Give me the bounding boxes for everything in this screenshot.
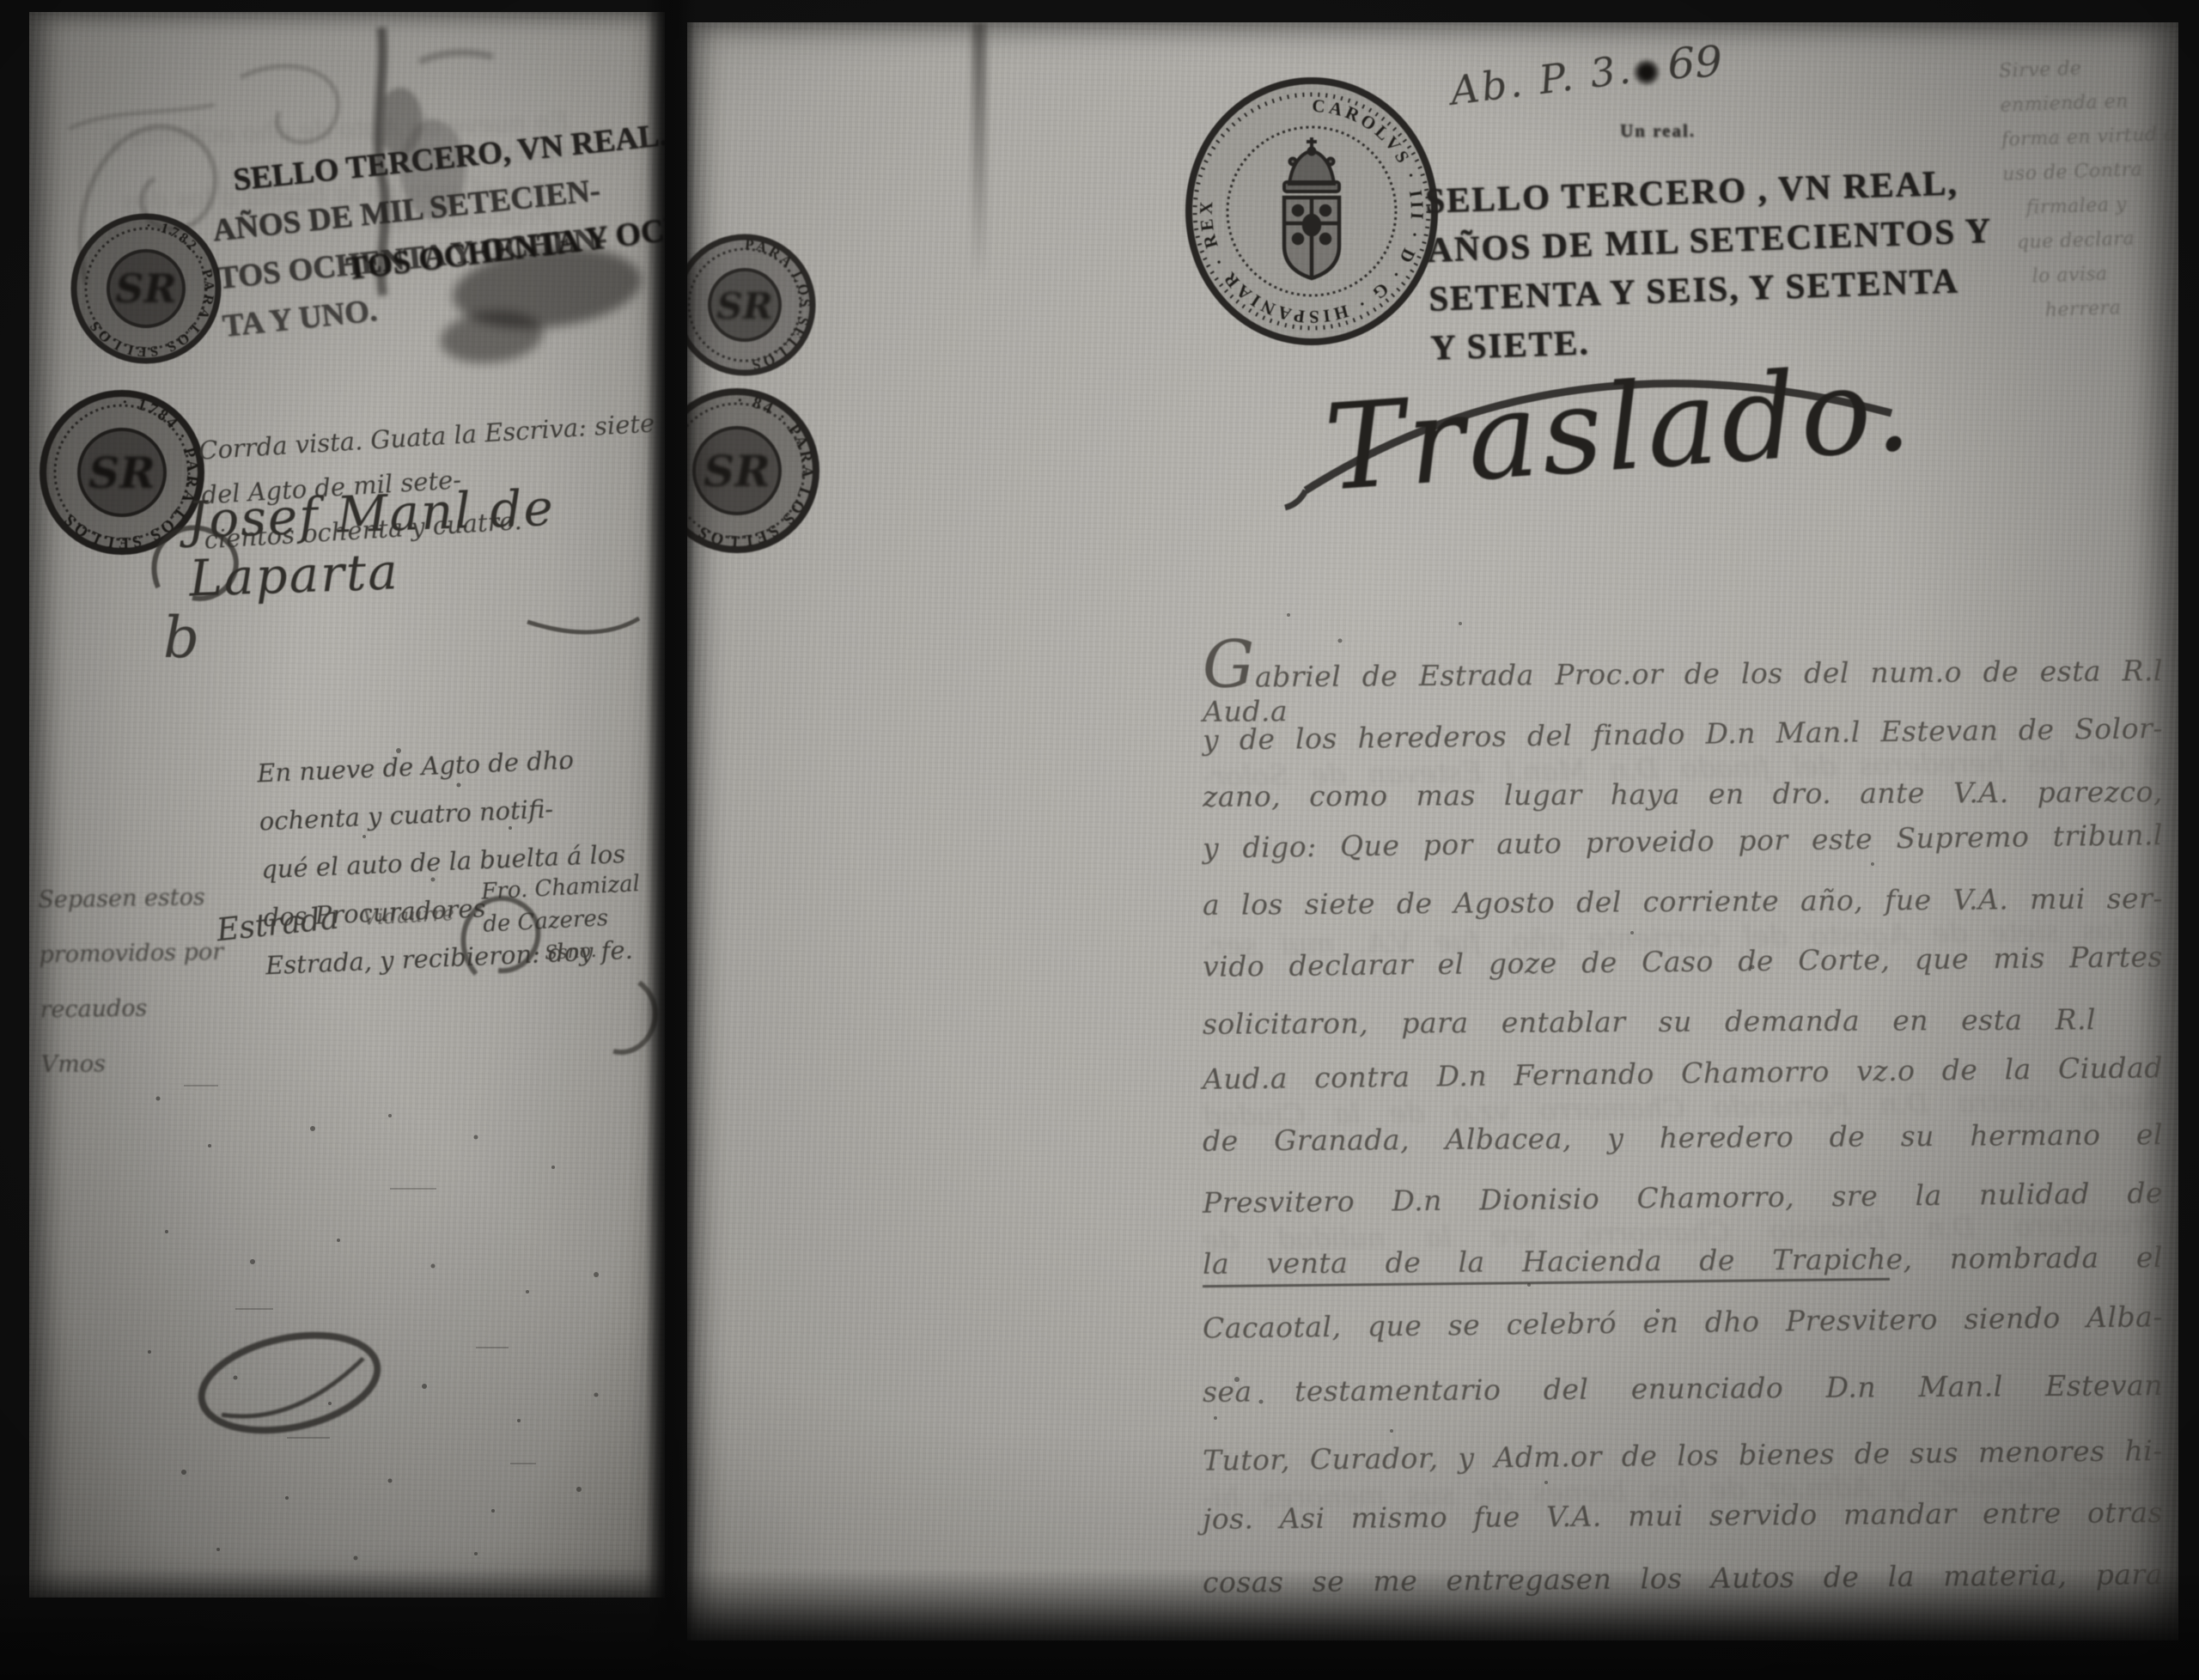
book-gutter: [646, 0, 696, 1680]
left-page: SELLO TERCERO, VN REAL. AÑOS DE MIL SETE…: [29, 12, 665, 1598]
ink-specks: [29, 12, 665, 1598]
right-page: Ab. P. 3. 69 Un real. CAROLVS · III · D …: [687, 22, 2178, 1640]
scan-bottom-shadow: [0, 1568, 2199, 1680]
ink-specks: [687, 22, 2178, 1640]
manuscript-scan: SELLO TERCERO, VN REAL. AÑOS DE MIL SETE…: [0, 0, 2199, 1680]
